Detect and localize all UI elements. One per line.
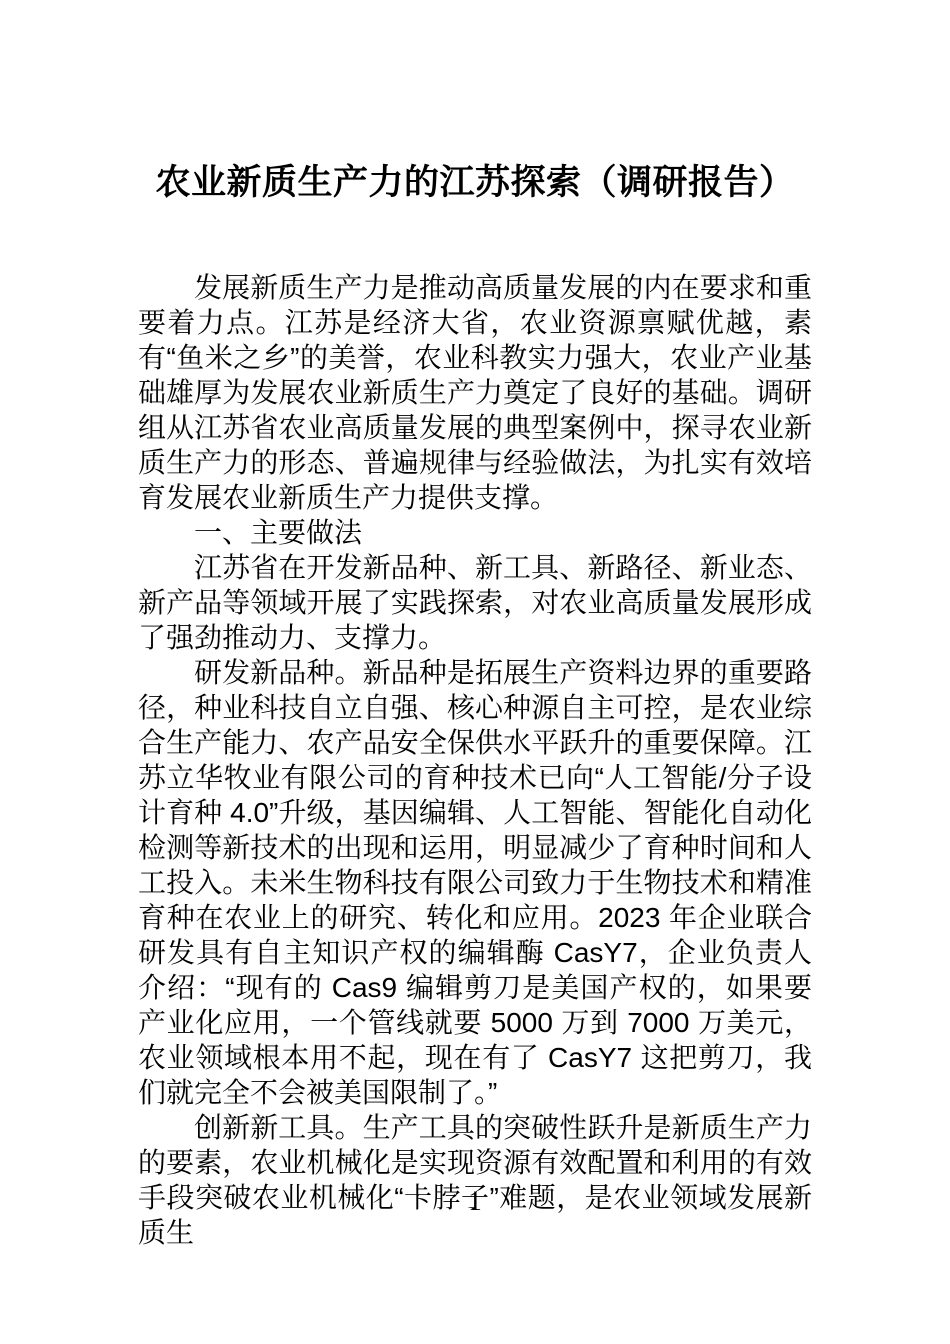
paragraph-intro: 发展新质生产力是推动高质量发展的内在要求和重要着力点。江苏是经济大省，农业资源禀… <box>138 270 812 515</box>
document-body: 发展新质生产力是推动高质量发展的内在要求和重要着力点。江苏是经济大省，农业资源禀… <box>138 270 812 1250</box>
section-heading-main-practices: 一、主要做法 <box>138 515 812 550</box>
paragraph-new-varieties: 研发新品种。新品种是拓展生产资料边界的重要路径，种业科技自立自强、核心种源自主可… <box>138 655 812 1110</box>
paragraph-new-tools: 创新新工具。生产工具的突破性跃升是新质生产力的要素，农业机械化是实现资源有效配置… <box>138 1110 812 1250</box>
paragraph-practice-overview: 江苏省在开发新品种、新工具、新路径、新业态、新产品等领域开展了实践探索，对农业高… <box>138 550 812 655</box>
document-title: 农业新质生产力的江苏探索（调研报告） <box>138 0 812 210</box>
document-page: 农业新质生产力的江苏探索（调研报告） 发展新质生产力是推动高质量发展的内在要求和… <box>0 0 950 1344</box>
page-number: 1 <box>0 1186 950 1217</box>
